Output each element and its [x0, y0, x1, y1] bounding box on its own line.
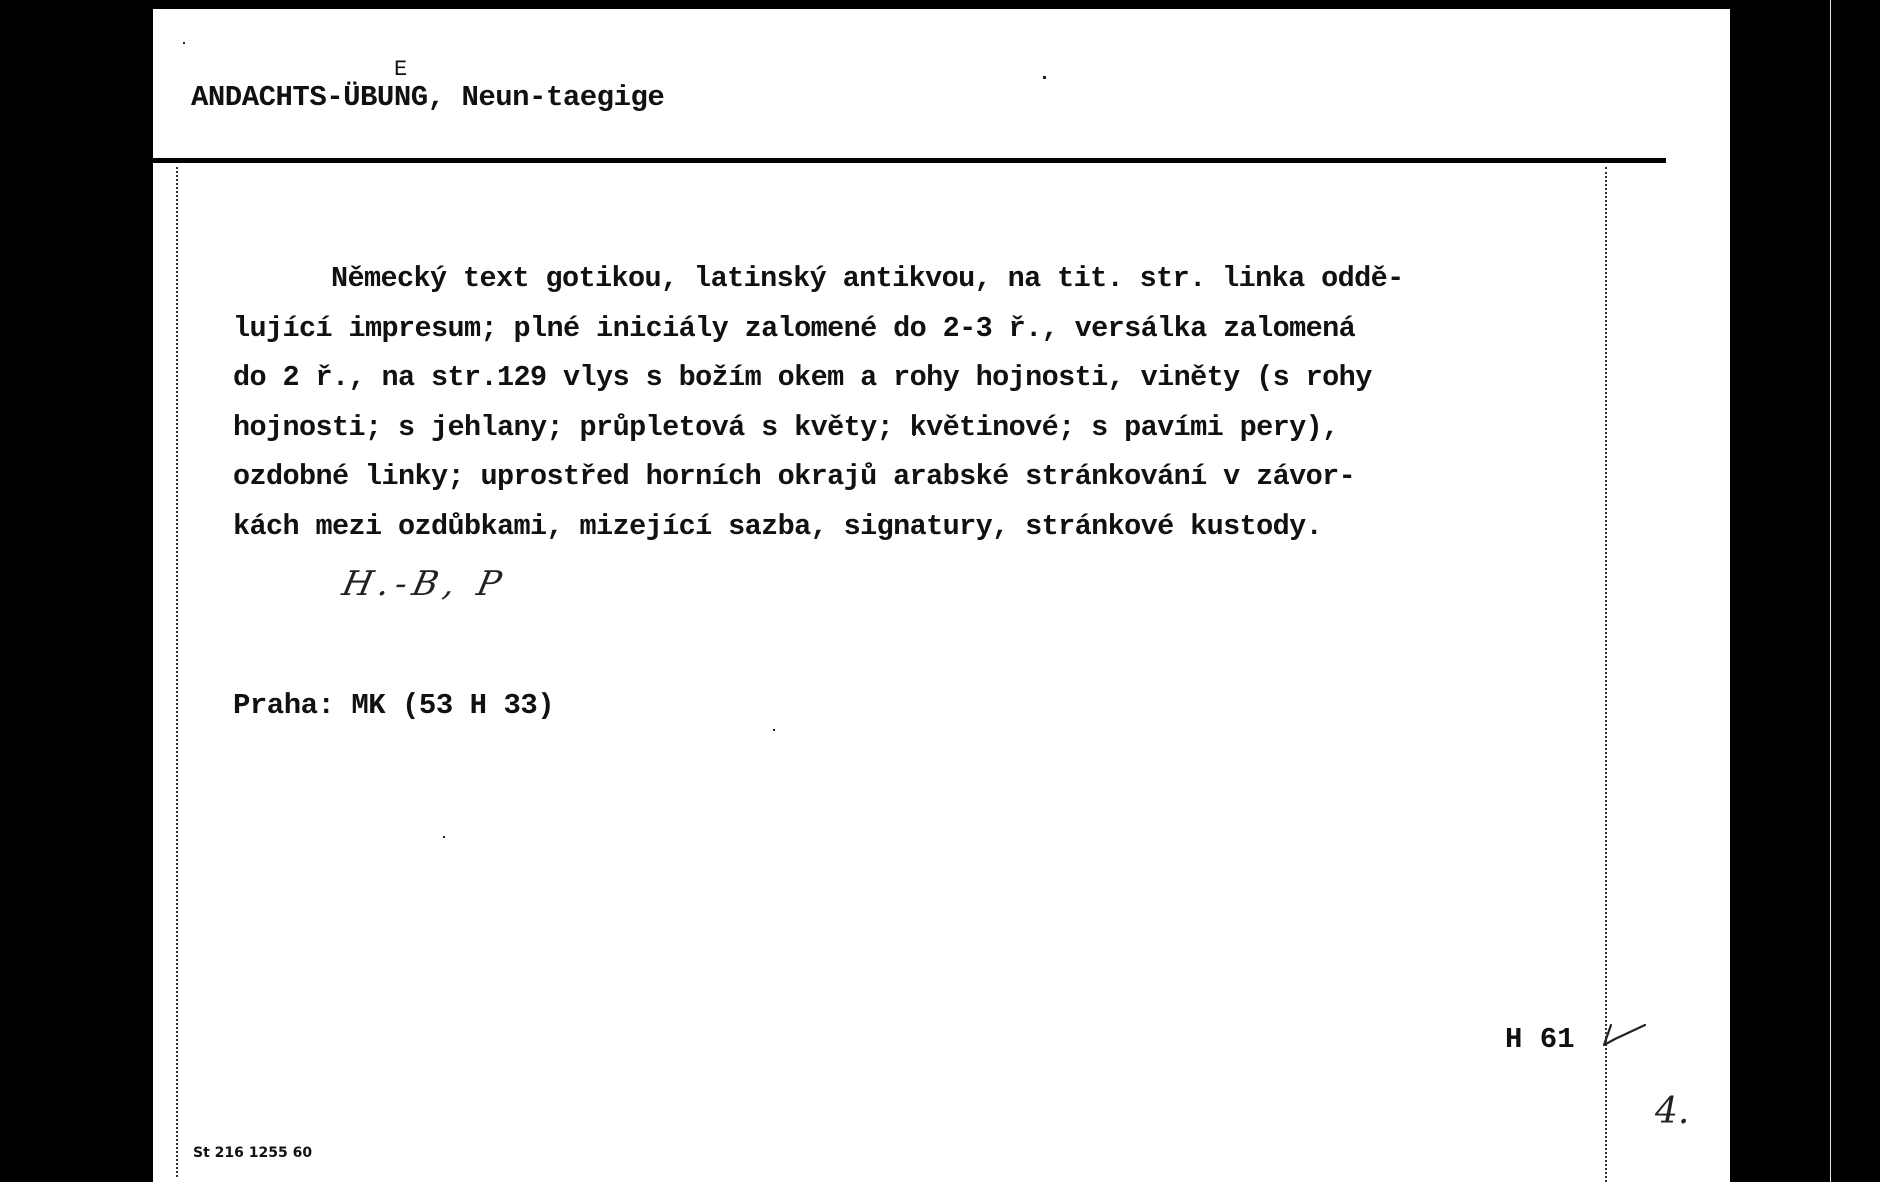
scan-speck: [773, 729, 775, 731]
description-text: Německý text gotikou, latinský antikvou,…: [233, 254, 1633, 551]
scan-speck: [443, 836, 445, 838]
handwritten-initials: H.-B, P: [339, 564, 511, 604]
description-line: lující impresum; plné iniciály zalomené …: [233, 304, 1633, 354]
heading-text: ANDACHTS-ÜBUNG, Neun-taegige: [191, 81, 664, 114]
scan-edge-line: [1830, 0, 1831, 1182]
description-line: kách mezi ozdůbkami, mizející sazba, sig…: [233, 502, 1633, 552]
shelf-mark: H 61: [1505, 1023, 1575, 1056]
heading-rule: [153, 158, 1666, 163]
description-line: hojnosti; s jehlany; průpletová s květy;…: [233, 403, 1633, 453]
scan-speck: [1043, 76, 1046, 79]
description-line: Německý text gotikou, latinský antikvou,…: [233, 254, 1633, 304]
description-line: do 2 ř., na str.129 vlys s božím okem a …: [233, 353, 1633, 403]
handwritten-number: 4.: [1655, 1091, 1689, 1132]
handwritten-correction: E: [394, 57, 407, 82]
card-heading: E ANDACHTS-ÜBUNG, Neun-taegige: [191, 81, 664, 114]
left-margin-line: [176, 167, 178, 1177]
description-line: ozdobné linky; uprostřed horních okrajů …: [233, 452, 1633, 502]
holding-location: Praha: MK (53 H 33): [233, 689, 554, 722]
form-code: St 216 1255 60: [193, 1145, 312, 1161]
scan-speck: [913, 434, 915, 436]
check-mark-icon: [1601, 1017, 1647, 1051]
scan-speck: [183, 42, 185, 44]
catalog-card: E ANDACHTS-ÜBUNG, Neun-taegige Německý t…: [153, 9, 1730, 1182]
